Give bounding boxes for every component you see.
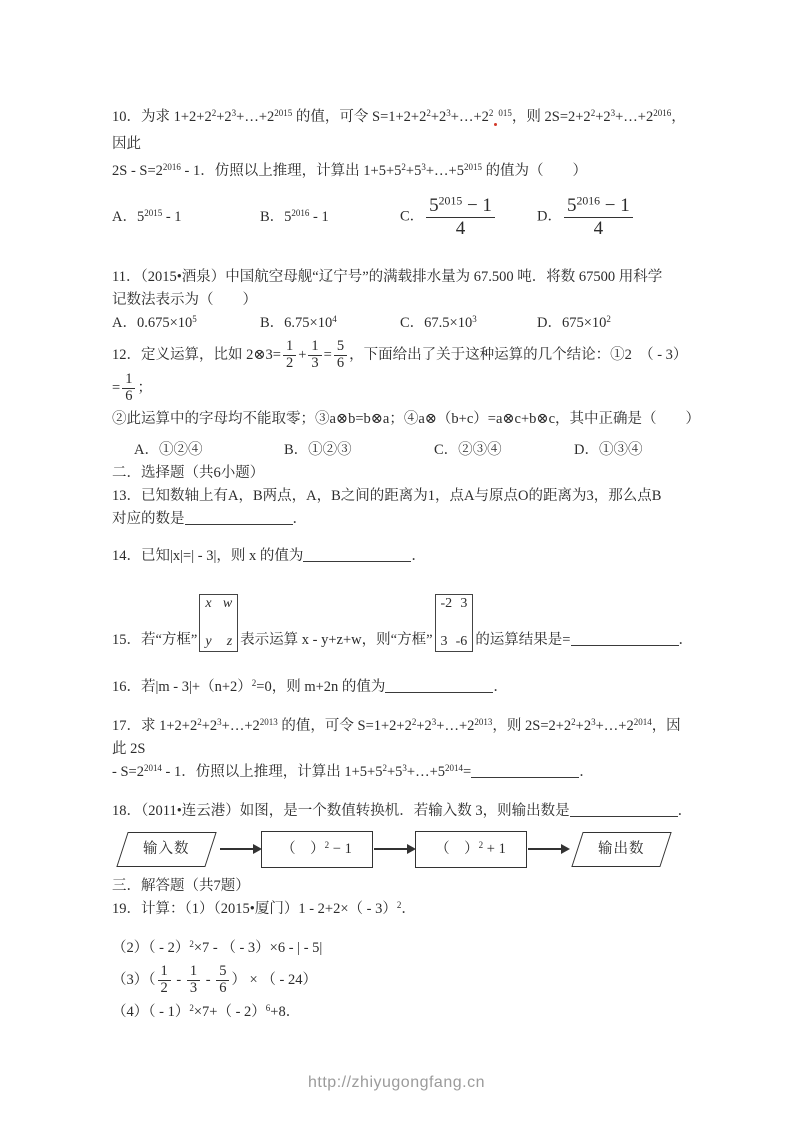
spellcheck-dot — [494, 123, 497, 126]
footer-url: http://zhiyugongfang.cn — [0, 1074, 793, 1092]
fraction: 52016 − 14 — [564, 195, 633, 240]
matrix-cell: 3 — [460, 597, 467, 611]
q12-option-b: B．①②③ — [284, 439, 434, 462]
q15-line: 15．若“方框” x w y z 表示运算 x - y+z+w，则“方框” -2… — [112, 594, 693, 652]
fraction: 12 — [283, 339, 296, 372]
q15-text-post: 的运算结果是=． — [475, 629, 693, 652]
q19-line4: （4）（ - 1）2×7+（ - 2）6+8． — [112, 1001, 693, 1024]
q13-line2: 对应的数是． — [112, 508, 693, 531]
q19-line3: （3）（12 - 13 - 56） × （ - 24） — [112, 964, 693, 997]
matrix-cell: w — [223, 597, 232, 611]
q10-options: A．52015 - 1 B．52016 - 1 C．52015 − 14 D．5… — [112, 195, 693, 240]
matrix-box-numbers: -2 3 3 -6 — [435, 594, 474, 652]
q13-line1: 13．已知数轴上有A，B两点，A，B之间的距离为1，点A与原点O的距离为3，那么… — [112, 485, 693, 508]
q11-option-b: B．6.75×104 — [260, 312, 400, 335]
q12-options: A．①②④ B．①②③ C．②③④ D．①③④ — [112, 439, 693, 462]
q12-line2: ②此运算中的字母均不能取零；③a⊗b=b⊗a；④a⊗（b+c）=a⊗c+b⊗c，… — [112, 408, 693, 431]
flow-input-label: 输入数 — [143, 838, 190, 861]
q11-line2: 记数法表示为（ ） — [112, 289, 693, 312]
q15-text-mid: 表示运算 x - y+z+w，则“方框” — [240, 629, 432, 652]
q19-line2: （2）（ - 2）2×7 - （ - 3）×6 - | - 5| — [112, 937, 693, 960]
q11-option-a: A．0.675×105 — [112, 312, 260, 335]
matrix-cell: y — [205, 635, 211, 649]
fraction: 56 — [334, 339, 347, 372]
q14-line: 14．已知|x|=| - 3|，则 x 的值为． — [112, 545, 693, 568]
fraction: 12 — [158, 964, 171, 997]
q11-option-c: C．67.5×103 — [400, 312, 537, 335]
q17-line1: 17．求 1+2+22+23+…+22013 的值，可令 S=1+2+22+23… — [112, 715, 693, 761]
q11-line1: 11．（2015•酒泉）中国航空母舰“辽宁号”的满载排水量为 67.500 吨．… — [112, 266, 693, 289]
q15-text-pre: 15．若“方框” — [112, 629, 197, 652]
fraction: 52015 − 14 — [426, 195, 495, 240]
answer-blank — [471, 763, 579, 778]
q10-option-b: B．52016 - 1 — [260, 206, 400, 229]
section-2-header: 二．选择题（共6小题） — [112, 462, 693, 485]
flow-output-shape: 输出数 — [571, 832, 671, 867]
q10-option-c: C．52015 − 14 — [400, 195, 537, 240]
q12-option-c: C．②③④ — [434, 439, 574, 462]
q12-option-a: A．①②④ — [134, 439, 284, 462]
q11-option-d: D．675×102 — [537, 312, 611, 335]
q17-line2: - S=22014 - 1．仿照以上推理，计算出 1+5+52+53+…+520… — [112, 761, 693, 784]
section-3-header: 三．解答题（共7题） — [112, 875, 693, 898]
q10-option-d: D．52016 − 14 — [537, 195, 635, 240]
q10-line1: 10．为求 1+2+22+23+…+22015 的值，可令 S=1+2+22+2… — [112, 104, 693, 158]
q12-line1: 12．定义运算，比如 2⊗3=12+13=56，下面给出了关于这种运算的几个结论… — [112, 339, 693, 405]
fraction: 13 — [308, 339, 321, 372]
fraction: 16 — [122, 372, 135, 405]
q19-line1: 19．计算：（1）（2015•厦门）1 - 2+2×（ - 3）2． — [112, 898, 693, 921]
matrix-cell: 3 — [441, 635, 448, 649]
q12-option-d: D．①③④ — [574, 439, 642, 462]
q11-options: A．0.675×105 B．6.75×104 C．67.5×103 D．675×… — [112, 312, 693, 335]
flow-arrow-icon — [374, 848, 414, 850]
fraction: 13 — [187, 964, 200, 997]
matrix-box-variables: x w y z — [199, 594, 238, 652]
matrix-cell: -6 — [456, 635, 468, 649]
answer-blank — [385, 678, 493, 693]
matrix-cell: -2 — [441, 597, 453, 611]
q16-line: 16．若|m - 3|+（n+2）2=0，则 m+2n 的值为． — [112, 676, 693, 699]
flow-arrow-icon — [528, 848, 568, 850]
flow-step2-shape: （ ）2 + 1 — [415, 831, 527, 868]
flow-step1-shape: （ ）2 − 1 — [261, 831, 373, 868]
matrix-cell: x — [205, 597, 211, 611]
number-converter-diagram: 输入数 （ ）2 − 1 （ ）2 + 1 输出数 — [114, 829, 693, 869]
fraction: 56 — [216, 964, 229, 997]
flow-input-shape: 输入数 — [116, 832, 216, 867]
answer-blank — [570, 802, 678, 817]
answer-blank — [571, 631, 679, 646]
answer-blank — [185, 510, 293, 525]
worksheet-page: 10．为求 1+2+22+23+…+22015 的值，可令 S=1+2+22+2… — [0, 0, 793, 1122]
answer-blank — [303, 547, 411, 562]
q10-option-a: A．52015 - 1 — [112, 206, 260, 229]
flow-arrow-icon — [220, 848, 260, 850]
matrix-cell: z — [227, 635, 232, 649]
flow-output-label: 输出数 — [598, 838, 645, 861]
q18-line: 18．（2011•连云港）如图，是一个数值转换机．若输入数 3，则输出数是． — [112, 800, 693, 823]
q10-line2: 2S - S=22016 - 1．仿照以上推理，计算出 1+5+52+53+…+… — [112, 158, 693, 185]
